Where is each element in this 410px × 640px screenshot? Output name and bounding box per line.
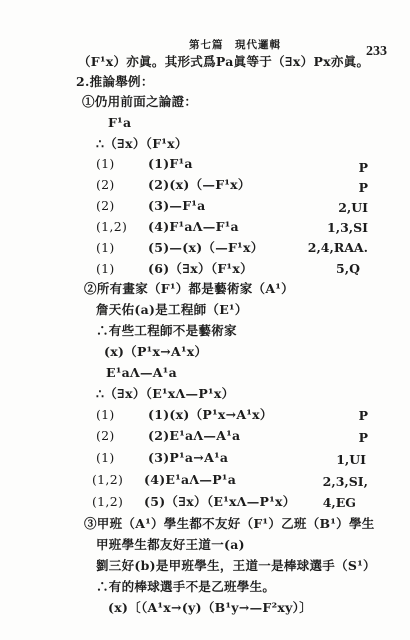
proof-line: (2)(2)E¹aΛ—A¹a [96, 428, 240, 444]
document-page: 第七篇 現代邏輯 233 （F¹x）亦眞。其形式爲Pa眞等于（∃x）Px亦眞。 … [0, 0, 410, 640]
example1-conclusion: ∴（∃x）（F¹x） [96, 136, 188, 152]
proof-justification: P [278, 160, 368, 176]
example2-formal-premise1: (x)（P¹x→A¹x） [104, 344, 207, 360]
example2-premise2: 詹天佑(a)是工程師（E¹） [96, 302, 248, 318]
proof-justification: P [278, 180, 368, 196]
proof-justification: 5,Q [270, 261, 360, 277]
proof-formula: (3)P¹a→A¹a [148, 450, 228, 465]
proof-line: (1)(1)F¹a [96, 156, 193, 172]
proof-line: (2)(2)(x)（—F¹x） [96, 177, 251, 193]
proof-line: (1)(6)（∃x）（F¹x） [96, 261, 253, 277]
proof-deps: (1) [96, 407, 148, 423]
proof-deps: (1,2) [92, 472, 144, 488]
section-heading: 2.推論舉例： [76, 74, 154, 90]
example1-heading: ①仍用前面之論證： [82, 94, 197, 110]
proof-deps: (2) [96, 177, 148, 193]
example3-line2: 甲班學生都友好王道一(a) [96, 537, 245, 553]
example3-line3: 劉三好(b)是甲班學生，王道一是棒球選手（S¹） [96, 558, 376, 574]
chapter-header: 第七篇 現代邏輯 [189, 37, 281, 52]
proof-deps: (1,2) [92, 494, 144, 510]
example1-premise: F¹a [108, 115, 131, 131]
proof-line: (1)(5)—(x)（—F¹x） [96, 240, 264, 256]
proof-deps: (2) [96, 428, 148, 444]
proof-formula: (4)E¹aΛ—P¹a [144, 472, 236, 487]
proof-justification: 1,3,SI [278, 220, 368, 236]
example3-conclusion-text: ∴有的棒球選手不是乙班學生。 [96, 579, 275, 595]
proof-line: (1)(1)(x)（P¹x→A¹x） [96, 407, 273, 423]
proof-formula: (2)(x)（—F¹x） [148, 177, 251, 192]
example2-heading: ②所有畫家（F¹）都是藝術家（A¹） [84, 281, 294, 297]
proof-justification: P [278, 430, 368, 446]
proof-formula: (1)F¹a [148, 156, 193, 171]
proof-justification: 2,4,RAA. [278, 240, 368, 256]
proof-line: (1)(3)P¹a→A¹a [96, 450, 228, 466]
proof-deps: (1,2) [96, 219, 148, 235]
proof-formula: (5)—(x)（—F¹x） [148, 240, 264, 255]
proof-deps: (1) [96, 450, 148, 466]
example3-formal-premise1: (x)〔（A¹x→(y)（B¹y→—F²xy）〕 [108, 600, 312, 616]
proof-justification: P [278, 408, 368, 424]
proof-deps: (1) [96, 261, 148, 277]
intro-line: （F¹x）亦眞。其形式爲Pa眞等于（∃x）Px亦眞。 [78, 54, 369, 70]
proof-deps: (1) [96, 240, 148, 256]
proof-line: (1,2)(4)F¹aΛ—F¹a [96, 219, 239, 235]
proof-justification: 4,EG [266, 495, 356, 511]
proof-formula: (4)F¹aΛ—F¹a [148, 219, 239, 234]
proof-line: (2)(3)—F¹a [96, 198, 206, 214]
proof-formula: (2)E¹aΛ—A¹a [148, 428, 240, 443]
proof-justification: 2,UI [278, 200, 368, 216]
proof-formula: (3)—F¹a [148, 198, 206, 213]
example2-conclusion-text: ∴有些工程師不是藝術家 [96, 323, 237, 339]
example2-formal-conclusion: ∴（∃x）（E¹xΛ—P¹x） [96, 386, 234, 402]
proof-formula: (1)(x)（P¹x→A¹x） [148, 407, 273, 422]
proof-deps: (2) [96, 198, 148, 214]
proof-justification: 2,3,SI, [278, 474, 368, 490]
example3-heading: ③甲班（A¹）學生都不友好（F¹）乙班（B¹）學生 [84, 516, 375, 532]
proof-justification: 1,UI [276, 452, 366, 468]
example2-formal-premise2: E¹aΛ—A¹a [106, 365, 177, 381]
proof-line: (1,2)(4)E¹aΛ—P¹a [92, 472, 236, 488]
proof-formula: (6)（∃x）（F¹x） [148, 261, 253, 276]
proof-deps: (1) [96, 156, 148, 172]
